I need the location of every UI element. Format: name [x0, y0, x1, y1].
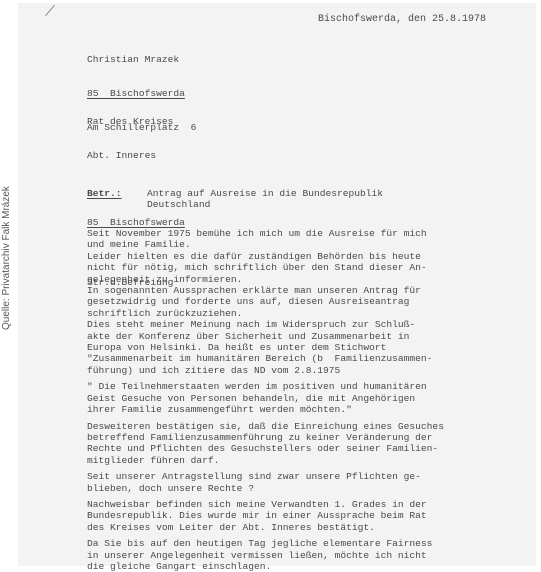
paragraph: Seit unserer Antragstellung sind zwar un…	[87, 471, 527, 494]
recipient-org: Rat des Kreises	[87, 116, 185, 127]
place-date: Bischofswerda, den 25.8.1978	[318, 14, 486, 25]
recipient-city: 85 Bischofswerda	[87, 217, 185, 228]
recipient-dept: Abt. Inneres	[87, 150, 185, 161]
source-caption: Quelle: Privatarchiv Falk Mrázek	[0, 0, 14, 330]
paragraph: Nachweisbar befinden sich meine Verwandt…	[87, 499, 527, 533]
paragraph: Da Sie bis auf den heutigen Tag jegliche…	[87, 538, 527, 572]
paragraph: Desweiteren bestätigen sie, daß die Einr…	[87, 421, 527, 467]
pen-mark	[45, 5, 55, 16]
subject-label: Betr.:	[87, 188, 147, 211]
subject-text: Antrag auf Ausreise in die Bundesrepubli…	[147, 188, 383, 211]
paragraph: Seit November 1975 bemühe ich mich um di…	[87, 228, 527, 376]
sender-name: Christian Mrazek	[87, 54, 196, 65]
letter-page: Bischofswerda, den 25.8.1978 Christian M…	[18, 3, 536, 566]
subject-line: Betr.: Antrag auf Ausreise in die Bundes…	[87, 188, 383, 211]
quote-paragraph: " Die Teilnehmerstaaten werden im positi…	[87, 381, 527, 415]
letter-body: Seit November 1975 bemühe ich mich um di…	[87, 228, 527, 572]
